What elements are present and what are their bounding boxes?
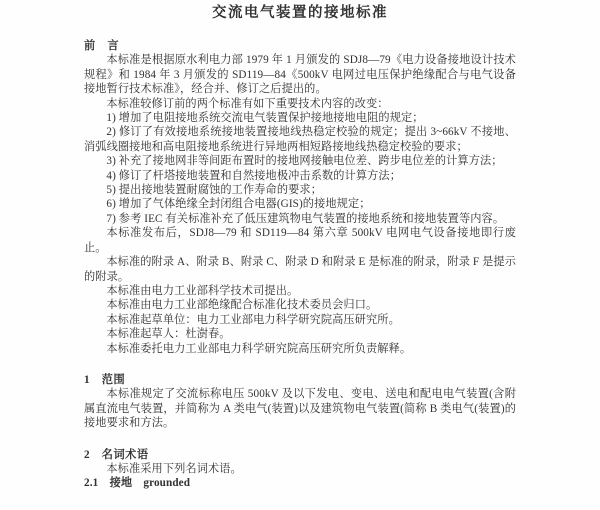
doc-paragraph: 本标准委托电力工业部电力科学研究院高压研究所负责解释。 — [84, 342, 516, 356]
document-page: 交流电气装置的接地标准 前 言本标准是根据原水利电力部 1979 年 1 月颁发… — [0, 0, 600, 510]
term-heading: 2.1 接地 grounded — [84, 476, 516, 490]
section-heading: 前 言 — [84, 39, 516, 53]
doc-paragraph: 1) 增加了电阻接地系统交流电气装置保护接地接地电阻的规定； — [84, 111, 516, 125]
section-heading: 1 范围 — [84, 373, 516, 387]
doc-paragraph: 本标准规定了交流标称电压 500kV 及以下发电、变电、送电和配电电气装置(含附… — [84, 387, 516, 430]
doc-paragraph: 本标准较修订前的两个标准有如下重要技术内容的改变： — [84, 97, 516, 111]
section-heading: 2 名词术语 — [84, 448, 516, 462]
doc-paragraph: 本标准发布后，SDJ8—79 和 SD119—84 第六章 500kV 电网电气… — [84, 226, 516, 255]
doc-paragraph: 本标准起草单位：电力工业部电力科学研究院高压研究所。 — [84, 313, 516, 327]
document-title: 交流电气装置的接地标准 — [84, 5, 516, 22]
doc-paragraph: 本标准起草人：杜澍春。 — [84, 327, 516, 341]
doc-paragraph: 本标准由电力工业部绝缘配合标准化技术委员会归口。 — [84, 298, 516, 312]
doc-paragraph: 4) 修订了杆塔接地装置和自然接地极冲击系数的计算方法； — [84, 169, 516, 183]
doc-paragraph: 3) 补充了接地网非等间距布置时的接地网接触电位差、跨步电位差的计算方法； — [84, 154, 516, 168]
doc-paragraph: 本标准采用下列名词术语。 — [84, 462, 516, 476]
doc-paragraph: 6) 增加了气体绝缘全封闭组合电器(GIS)的接地规定； — [84, 197, 516, 211]
doc-paragraph: 7) 参考 IEC 有关标准补充了低压建筑物电气装置的接地系统和接地装置等内容。 — [84, 212, 516, 226]
doc-paragraph: 本标准的附录 A、附录 B、附录 C、附录 D 和附录 E 是标准的附录，附录 … — [84, 255, 516, 284]
doc-paragraph: 2) 修订了有效接地系统接地装置接地线热稳定校验的规定；提出 3~66kV 不接… — [84, 125, 516, 154]
doc-paragraph: 本标准是根据原水利电力部 1979 年 1 月颁发的 SDJ8—79《电力设备接… — [84, 53, 516, 96]
doc-paragraph: 本标准由电力工业部科学技术司提出。 — [84, 284, 516, 298]
document-blocks: 前 言本标准是根据原水利电力部 1979 年 1 月颁发的 SDJ8—79《电力… — [84, 39, 516, 491]
doc-paragraph: 5) 提出接地装置耐腐蚀的工作寿命的要求； — [84, 183, 516, 197]
